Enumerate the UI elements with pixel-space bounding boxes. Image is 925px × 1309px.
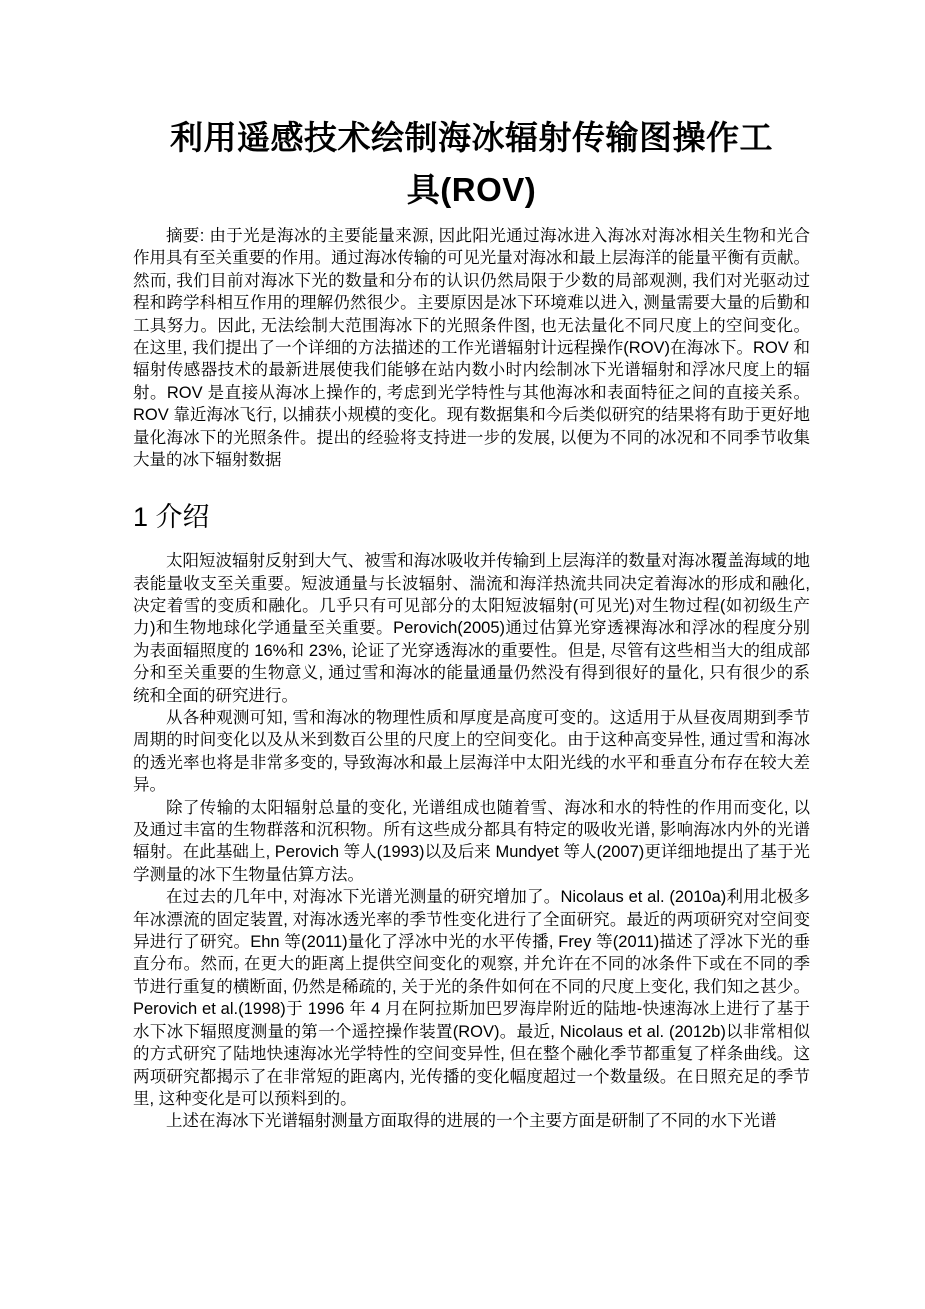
page-content: 利用遥感技术绘制海冰辐射传输图操作工 具(ROV) 摘要: 由于光是海冰的主要能… (0, 0, 925, 1133)
document-page: 利用遥感技术绘制海冰辐射传输图操作工 具(ROV) 摘要: 由于光是海冰的主要能… (0, 0, 925, 1309)
intro-paragraph-5: 上述在海冰下光谱辐射测量方面取得的进展的一个主要方面是研制了不同的水下光谱 (133, 1110, 810, 1132)
intro-paragraph-3: 除了传输的太阳辐射总量的变化, 光谱组成也随着雪、海冰和水的特性的作用而变化, … (133, 797, 810, 887)
section-heading-introduction: 1 介绍 (133, 503, 810, 533)
intro-paragraph-1: 太阳短波辐射反射到大气、被雪和海冰吸收并传输到上层海洋的数量对海冰覆盖海域的地表… (133, 550, 810, 707)
document-title-line-1: 利用遥感技术绘制海冰辐射传输图操作工 (133, 112, 810, 164)
intro-paragraph-2: 从各种观测可知, 雪和海冰的物理性质和厚度是高度可变的。这适用于从昼夜周期到季节… (133, 707, 810, 797)
document-title: 利用遥感技术绘制海冰辐射传输图操作工 具(ROV) (133, 112, 810, 216)
abstract-paragraph: 摘要: 由于光是海冰的主要能量来源, 因此阳光通过海冰进入海冰对海冰相关生物和光… (133, 225, 810, 471)
document-title-line-2: 具(ROV) (133, 164, 810, 216)
intro-paragraph-4: 在过去的几年中, 对海冰下光谱光测量的研究增加了。Nicolaus et al.… (133, 886, 810, 1110)
